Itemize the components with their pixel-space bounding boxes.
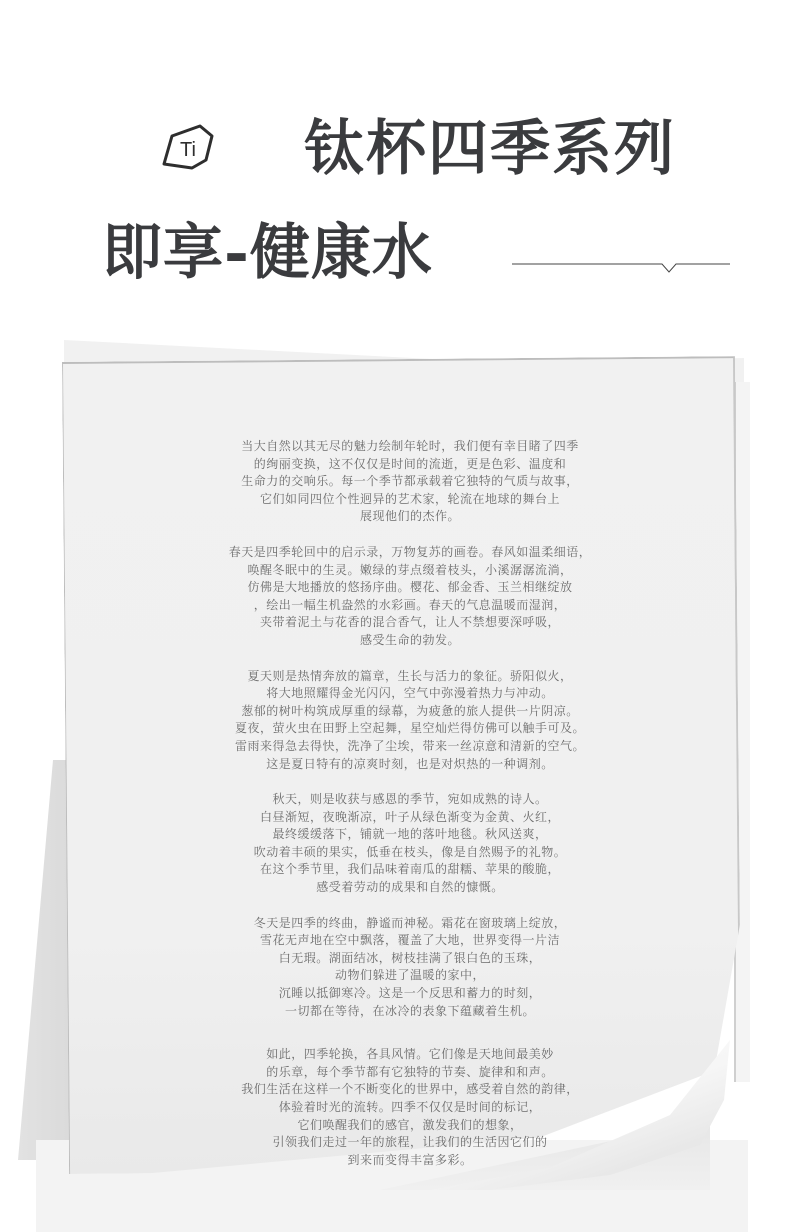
text-line: 感受生命的勃发。 xyxy=(150,632,670,650)
text-line: 在这个季节里，我们品味着南瓜的甜糯、苹果的酸脆， xyxy=(150,861,670,879)
text-line: ，绘出一幅生机盎然的水彩画。春天的气息温暖而湿润， xyxy=(150,597,670,615)
four-seasons-essay: 当大自然以其无尽的魅力绘制年轮时，我们便有幸目睹了四季 的绚丽变换，这不仅仅是时… xyxy=(150,438,670,1187)
text-line: 唤醒冬眠中的生灵。嫩绿的芽点缀着枝头，小溪潺潺流淌， xyxy=(150,562,670,580)
text-line: 一切都在等待，在冰冷的表象下蕴藏着生机。 xyxy=(150,1003,670,1021)
text-line: 冬天是四季的终曲，静谧而神秘。霜花在窗玻璃上绽放， xyxy=(150,915,670,933)
text-line: 最终缓缓落下，铺就一地的落叶地毯。秋风送爽， xyxy=(150,826,670,844)
paragraph-intro: 当大自然以其无尽的魅力绘制年轮时，我们便有幸目睹了四季 的绚丽变换，这不仅仅是时… xyxy=(150,438,670,526)
paragraph-autumn: 秋天，则是收获与感恩的季节，宛如成熟的诗人。 白昼渐短，夜晚渐凉，叶子从绿色渐变… xyxy=(150,791,670,897)
svg-text:Ti: Ti xyxy=(180,139,196,161)
subtitle: 即享-健康水 xyxy=(102,216,433,290)
paragraph-spring: 春天是四季轮回中的启示录，万物复苏的画卷。春风如温柔细语， 唤醒冬眠中的生灵。嫩… xyxy=(150,544,670,650)
text-line: 它们唤醒我们的感官，激发我们的想象， xyxy=(150,1117,670,1135)
text-line: 展现他们的杰作。 xyxy=(150,508,670,526)
text-line: 葱郁的树叶构筑成厚重的绿幕，为疲惫的旅人提供一片阴凉。 xyxy=(150,703,670,721)
text-line: 它们如同四位个性迥异的艺术家，轮流在地球的舞台上 xyxy=(150,491,670,509)
text-line: 雪花无声地在空中飘落，覆盖了大地，世界变得一片洁 xyxy=(150,932,670,950)
text-line: 吹动着丰硕的果实，低垂在枝头，像是自然赐予的礼物。 xyxy=(150,844,670,862)
text-line: 到来而变得丰富多彩。 xyxy=(150,1152,670,1170)
text-line: 雷雨来得急去得快，洗净了尘埃，带来一丝凉意和清新的空气。 xyxy=(150,738,670,756)
titanium-logo-icon: Ti xyxy=(158,122,216,174)
text-line: 如此，四季轮换，各具风情。它们像是天地间最美妙 xyxy=(150,1046,670,1064)
text-line: 夹带着泥土与花香的混合香气，让人不禁想要深呼吸， xyxy=(150,614,670,632)
text-line: 仿佛是大地播放的悠扬序曲。樱花、郁金香、玉兰相继绽放 xyxy=(150,579,670,597)
text-line: 春天是四季轮回中的启示录，万物复苏的画卷。春风如温柔细语， xyxy=(150,544,670,562)
text-line: 当大自然以其无尽的魅力绘制年轮时，我们便有幸目睹了四季 xyxy=(150,438,670,456)
text-line: 体验着时光的流转。四季不仅仅是时间的标记， xyxy=(150,1099,670,1117)
text-line: 夏天则是热情奔放的篇章，生长与活力的象征。骄阳似火， xyxy=(150,668,670,686)
text-line: 将大地照耀得金光闪闪，空气中弥漫着热力与冲动。 xyxy=(150,685,670,703)
text-line: 白无瑕。湖面结冰，树枝挂满了银白色的玉珠， xyxy=(150,950,670,968)
text-line: 感受着劳动的成果和自然的慷慨。 xyxy=(150,879,670,897)
paragraph-summer: 夏天则是热情奔放的篇章，生长与活力的象征。骄阳似火， 将大地照耀得金光闪闪，空气… xyxy=(150,668,670,774)
text-line: 引领我们走过一年的旅程，让我们的生活因它们的 xyxy=(150,1134,670,1152)
text-line: 生命力的交响乐。每一个季节都承载着它独特的气质与故事， xyxy=(150,473,670,491)
text-line: 我们生活在这样一个不断变化的世界中，感受着自然的韵律， xyxy=(150,1081,670,1099)
text-line: 动物们躲进了温暖的家中， xyxy=(150,967,670,985)
text-line: 夏夜，萤火虫在田野上空起舞，星空灿烂得仿佛可以触手可及。 xyxy=(150,720,670,738)
text-line: 秋天，则是收获与感恩的季节，宛如成熟的诗人。 xyxy=(150,791,670,809)
text-line: 沉睡以抵御寒冷。这是一个反思和蓄力的时刻， xyxy=(150,985,670,1003)
divider-line-with-notch xyxy=(512,258,730,278)
paragraph-winter: 冬天是四季的终曲，静谧而神秘。霜花在窗玻璃上绽放， 雪花无声地在空中飘落，覆盖了… xyxy=(150,915,670,1021)
text-line: 的乐章，每个季节都有它独特的节奏、旋律和和声。 xyxy=(150,1064,670,1082)
text-line: 的绚丽变换，这不仅仅是时间的流逝，更是色彩、温度和 xyxy=(150,456,670,474)
text-line: 这是夏日特有的凉爽时刻，也是对炽热的一种调剂。 xyxy=(150,756,670,774)
series-title: 钛杯四季系列 xyxy=(304,112,676,186)
text-line: 白昼渐短，夜晚渐凉，叶子从绿色渐变为金黄、火红， xyxy=(150,809,670,827)
paragraph-conclusion: 如此，四季轮换，各具风情。它们像是天地间最美妙 的乐章，每个季节都有它独特的节奏… xyxy=(150,1046,670,1169)
